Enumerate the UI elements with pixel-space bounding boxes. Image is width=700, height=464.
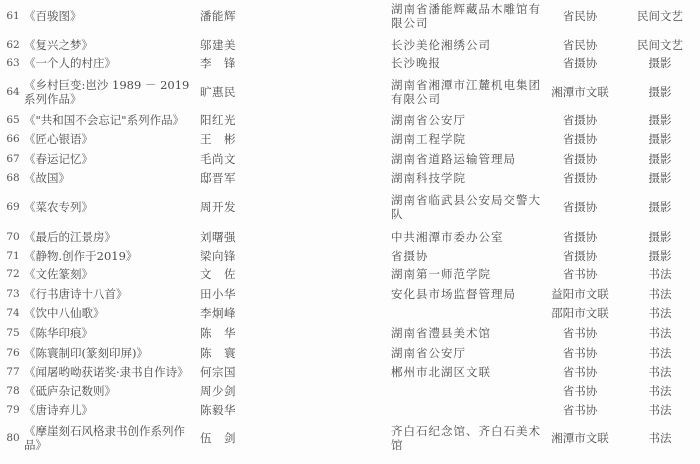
- work-unit: 湖南省湘潭市江麓机电集团有限公司: [391, 75, 541, 109]
- author-name: 何宗国: [200, 363, 250, 381]
- recommending-org: 益阳市文联: [540, 285, 620, 303]
- work-unit: [391, 304, 541, 322]
- table-row: 72 《文佐篆刻》 文 佐 湖南第一师范学院 省书协 书法: [0, 265, 700, 283]
- work-title: 《饮中八仙歌》: [24, 304, 196, 322]
- recommending-org: 省书协: [540, 401, 620, 419]
- category: 书法: [620, 363, 700, 381]
- author-name: 陈毅华: [200, 401, 250, 419]
- row-number: 75: [4, 324, 22, 342]
- table-row: 62 《复兴之梦》 邬建美 长沙美伦湘绣公司 省民协 民间文艺: [0, 36, 700, 54]
- row-number: 72: [4, 265, 22, 283]
- category: 书法: [620, 401, 700, 419]
- recommending-org: 湘潭市文联: [540, 75, 620, 109]
- author-name: 伍 剑: [200, 421, 250, 455]
- work-unit: 湖南省公安厅: [391, 344, 541, 362]
- author-name: 邬建美: [200, 36, 250, 54]
- work-title: 《陈寰制印(篆刻印屏)》: [24, 344, 196, 362]
- author-name: 李 锋: [200, 54, 250, 72]
- category: 摄影: [620, 130, 700, 148]
- work-title: 《文佐篆刻》: [24, 265, 196, 283]
- author-name: 王 彬: [200, 130, 250, 148]
- table-row: 73 《行书唐诗十八首》 田小华 安化县市场监督管理局 益阳市文联 书法: [0, 285, 700, 303]
- recommending-org: 省摄协: [540, 150, 620, 168]
- row-number: 61: [4, 2, 22, 30]
- work-unit: [391, 401, 541, 419]
- author-name: 刘曙强: [200, 228, 250, 246]
- work-title: 《行书唐诗十八首》: [24, 285, 196, 303]
- category: 摄影: [620, 247, 700, 265]
- table-row: 80 《摩崖刻石风格隶书创作系列作品》 伍 剑 齐白石纪念馆、齐白石美术馆 湘潭…: [0, 421, 700, 455]
- row-number: 67: [4, 150, 22, 168]
- work-title: 《乡村巨变:岜沙 1989 － 2019 系列作品》: [24, 75, 196, 109]
- row-number: 69: [4, 190, 22, 224]
- row-number: 63: [4, 54, 22, 72]
- table-row: 79 《唐诗弃儿》 陈毅华 省书协 书法: [0, 401, 700, 419]
- work-title: 《复兴之梦》: [24, 36, 196, 54]
- table-row: 70 《最后的江景房》 刘曙强 中共湘潭市委办公室 省摄协 摄影: [0, 228, 700, 246]
- table-row: 74 《饮中八仙歌》 李炯峰 邵阳市文联 书法: [0, 304, 700, 322]
- row-number: 80: [4, 421, 22, 455]
- table-row: 64 《乡村巨变:岜沙 1989 － 2019 系列作品》 旷惠民 湖南省湘潭市…: [0, 75, 700, 109]
- recommending-org: 湘潭市文联: [540, 421, 620, 455]
- row-number: 74: [4, 304, 22, 322]
- category: 民间文艺: [620, 2, 700, 30]
- row-number: 70: [4, 228, 22, 246]
- author-name: 田小华: [200, 285, 250, 303]
- work-title: 《闻屠哟呦获诺奖·隶书自作诗》: [24, 363, 196, 381]
- work-unit: 湖南省公安厅: [391, 111, 541, 129]
- row-number: 66: [4, 130, 22, 148]
- table-row: 66 《匠心银语》 王 彬 湖南工程学院 省摄协 摄影: [0, 130, 700, 148]
- table-row: 67 《春运记忆》 毛尚文 湖南省道路运输管理局 省摄协 摄影: [0, 150, 700, 168]
- table-row: 68 《故国》 邸晋军 湖南科技学院 省摄协 摄影: [0, 169, 700, 187]
- table-row: 69 《菜农专列》 周开发 湖南省临武县公安局交警大队 省摄协 摄影: [0, 190, 700, 224]
- row-number: 65: [4, 111, 22, 129]
- work-unit: 湖南省道路运输管理局: [391, 150, 541, 168]
- work-title: 《摩崖刻石风格隶书创作系列作品》: [24, 421, 196, 455]
- recommending-org: 省书协: [540, 265, 620, 283]
- row-number: 68: [4, 169, 22, 187]
- category: 书法: [620, 344, 700, 362]
- row-number: 62: [4, 36, 22, 54]
- work-unit: 湖南工程学院: [391, 130, 541, 148]
- category: 摄影: [620, 111, 700, 129]
- work-title: 《匠心银语》: [24, 130, 196, 148]
- author-name: 李炯峰: [200, 304, 250, 322]
- work-unit: 湖南第一师范学院: [391, 265, 541, 283]
- category: 摄影: [620, 150, 700, 168]
- work-unit: 长沙美伦湘绣公司: [391, 36, 541, 54]
- table-row: 75 《陈华印痕》 陈 华 湖南省澧县美术馆 省书协 书法: [0, 324, 700, 342]
- work-unit: 齐白石纪念馆、齐白石美术馆: [391, 421, 541, 455]
- author-name: 周少剑: [200, 382, 250, 400]
- table-row: 61 《百骏图》 潘能辉 湖南省潘能辉藏品木雕馆有限公司 省民协 民间文艺: [0, 2, 700, 30]
- table-row: 76 《陈寰制印(篆刻印屏)》 陈 寰 湖南省公安厅 省书协 书法: [0, 344, 700, 362]
- recommending-org: 省书协: [540, 363, 620, 381]
- recommending-org: 省书协: [540, 324, 620, 342]
- category: 民间文艺: [620, 36, 700, 54]
- work-title: 《最后的江景房》: [24, 228, 196, 246]
- work-unit: 长沙晚报: [391, 54, 541, 72]
- table-row: 65 《"共和国不会忘记"系列作品》 阳红光 湖南省公安厅 省摄协 摄影: [0, 111, 700, 129]
- work-unit: 湖南科技学院: [391, 169, 541, 187]
- work-title: 《百骏图》: [24, 2, 196, 30]
- category: 书法: [620, 285, 700, 303]
- work-title: 《故国》: [24, 169, 196, 187]
- recommending-org: 省民协: [540, 2, 620, 30]
- author-name: 潘能辉: [200, 2, 250, 30]
- author-name: 旷惠民: [200, 75, 250, 109]
- work-title: 《一个人的村庄》: [24, 54, 196, 72]
- work-title: 《春运记忆》: [24, 150, 196, 168]
- author-name: 梁向锋: [200, 247, 250, 265]
- work-unit: [391, 382, 541, 400]
- recommending-org: 省摄协: [540, 247, 620, 265]
- author-name: 邸晋军: [200, 169, 250, 187]
- table-row: 78 《砥庐杂记数则》 周少剑 省书协 书法: [0, 382, 700, 400]
- category: 书法: [620, 304, 700, 322]
- author-name: 阳红光: [200, 111, 250, 129]
- work-unit: 中共湘潭市委办公室: [391, 228, 541, 246]
- recommending-org: 省摄协: [540, 130, 620, 148]
- work-unit: 省摄协: [391, 247, 541, 265]
- category: 摄影: [620, 75, 700, 109]
- row-number: 79: [4, 401, 22, 419]
- table-row: 77 《闻屠哟呦获诺奖·隶书自作诗》 何宗国 郴州市北湖区文联 省书协 书法: [0, 363, 700, 381]
- work-unit: 湖南省潘能辉藏品木雕馆有限公司: [391, 2, 541, 30]
- row-number: 78: [4, 382, 22, 400]
- category: 摄影: [620, 169, 700, 187]
- table-row: 71 《静物.创作于2019》 梁向锋 省摄协 省摄协 摄影: [0, 247, 700, 265]
- row-number: 73: [4, 285, 22, 303]
- work-title: 《"共和国不会忘记"系列作品》: [24, 111, 196, 129]
- category: 书法: [620, 265, 700, 283]
- row-number: 76: [4, 344, 22, 362]
- work-title: 《菜农专列》: [24, 190, 196, 224]
- table-row: 63 《一个人的村庄》 李 锋 长沙晚报 省摄协 摄影: [0, 54, 700, 72]
- recommending-org: 省民协: [540, 36, 620, 54]
- recommending-org: 省摄协: [540, 190, 620, 224]
- row-number: 64: [4, 75, 22, 109]
- author-name: 毛尚文: [200, 150, 250, 168]
- work-title: 《静物.创作于2019》: [24, 247, 196, 265]
- work-title: 《砥庐杂记数则》: [24, 382, 196, 400]
- row-number: 71: [4, 247, 22, 265]
- recommending-org: 省摄协: [540, 228, 620, 246]
- recommending-org: 省书协: [540, 382, 620, 400]
- work-unit: 湖南省临武县公安局交警大队: [391, 190, 541, 224]
- author-name: 陈 华: [200, 324, 250, 342]
- work-title: 《唐诗弃儿》: [24, 401, 196, 419]
- work-unit: 安化县市场监督管理局: [391, 285, 541, 303]
- author-name: 陈 寰: [200, 344, 250, 362]
- category: 摄影: [620, 190, 700, 224]
- recommending-org: 省摄协: [540, 54, 620, 72]
- category: 摄影: [620, 54, 700, 72]
- work-unit: 郴州市北湖区文联: [391, 363, 541, 381]
- row-number: 77: [4, 363, 22, 381]
- category: 书法: [620, 324, 700, 342]
- author-name: 周开发: [200, 190, 250, 224]
- work-title: 《陈华印痕》: [24, 324, 196, 342]
- author-name: 文 佐: [200, 265, 250, 283]
- recommending-org: 邵阳市文联: [540, 304, 620, 322]
- category: 摄影: [620, 228, 700, 246]
- work-unit: 湖南省澧县美术馆: [391, 324, 541, 342]
- category: 书法: [620, 421, 700, 455]
- award-list-table: 61 《百骏图》 潘能辉 湖南省潘能辉藏品木雕馆有限公司 省民协 民间文艺 62…: [0, 0, 700, 464]
- category: 书法: [620, 382, 700, 400]
- recommending-org: 省摄协: [540, 111, 620, 129]
- recommending-org: 省书协: [540, 344, 620, 362]
- recommending-org: 省摄协: [540, 169, 620, 187]
